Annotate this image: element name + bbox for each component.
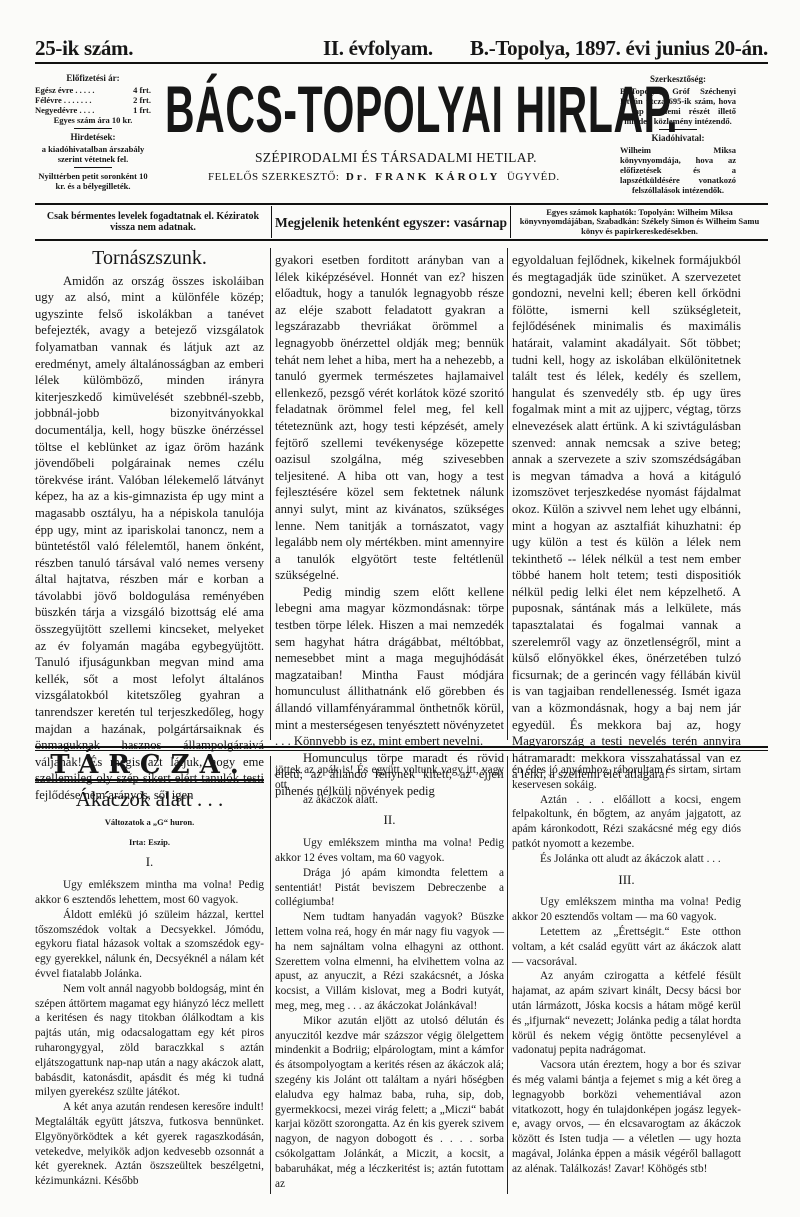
story-paragraph: Ugy emlékszem mintha ma volna! Pedig akk…: [35, 878, 264, 908]
story-paragraph: Az anyám czirogatta a kétfelé fésült haj…: [512, 969, 741, 1058]
divider: [74, 128, 112, 129]
article-paragraph: gyakori esetben forditott arányban van a…: [275, 252, 504, 584]
article-column-3: egyoldaluan fejlődnek, kikelnek formájuk…: [512, 252, 741, 783]
story-paragraph: Ugy emlékszem mintha ma volna! Pedig akk…: [275, 836, 504, 866]
story-paragraph: Drága jó apám kimondta felettem a senten…: [275, 866, 504, 910]
story-author: Irta: Eszip.: [35, 835, 264, 850]
newspaper-subtitle: SZÉPIRODALMI ÉS TÁRSADALMI HETILAP.: [255, 150, 537, 166]
issue-line: 25-ik szám. II. évfolyam. B.-Topolya, 18…: [35, 30, 768, 64]
publisher-text: Wilheim Miksa könyvnyomdája, hova az elő…: [620, 145, 736, 195]
editorial-office-box: Szerkesztőség: B.-Topolya, Gróf Szécheny…: [620, 74, 736, 195]
feuilleton-column-3: én édes jó anyámhoz, ráborultam és sirta…: [512, 763, 741, 1177]
feuilleton-rule: [35, 746, 768, 748]
feuilleton-column-2: jöttek az apák is! És együtt voltunk vag…: [275, 763, 504, 1191]
editorial-text: B.-Topolya, Gróf Széchenyi István utcza …: [620, 86, 736, 126]
story-paragraph: jöttek az apák is! És együtt voltunk vag…: [275, 763, 504, 793]
story-paragraph: Nem volt annál nagyobb boldogság, mint é…: [35, 982, 264, 1100]
column-divider: [507, 248, 508, 740]
nyiltter-text: Nyilttérben petit soronként 10 kr. és a …: [35, 171, 151, 191]
price-row: Egész évre . . . . .4 frt.: [35, 85, 151, 95]
newspaper-title: BÁCS-TOPOLYAI HIRLAP.: [165, 76, 441, 142]
story-paragraph: én édes jó anyámhoz, ráborultam és sirta…: [512, 763, 741, 793]
column-divider: [270, 756, 271, 1194]
story-paragraph: Ugy emlékszem mintha ma volna! Pedig akk…: [512, 895, 741, 925]
single-issue-price: Egyes szám ára 10 kr.: [35, 115, 151, 125]
price-row: Félévre . . . . . . .2 frt.: [35, 95, 151, 105]
story-paragraph: Nem tudtam hanyadán vagyok? Büszke lette…: [275, 910, 504, 1014]
header-rule: [35, 62, 768, 64]
article-paragraph: egyoldaluan fejlődnek, kikelnek formájuk…: [512, 252, 741, 783]
divider: [74, 167, 112, 168]
story-paragraph: És Jolánka ott aludt az ákáczok alatt . …: [512, 852, 741, 867]
story-paragraph: Letettem az „Érettségit.“ Este otthon vo…: [512, 925, 741, 969]
part-numeral: II.: [275, 813, 504, 828]
part-numeral: III.: [512, 873, 741, 888]
sales-points: Egyes számok kaphatók: Topolyán: Wilheim…: [511, 206, 768, 238]
dateline: B.-Topolya, 1897. évi junius 20-án.: [470, 36, 768, 61]
article-column-1: Tornászszunk. Amidőn az ország összes is…: [35, 250, 264, 804]
infobar-rule-bottom: [35, 239, 768, 241]
ads-heading: Hirdetések:: [35, 132, 151, 142]
story-line: az ákáczok alatt.: [275, 793, 504, 808]
story-paragraph: Mikor azután eljött az utolsó délután és…: [275, 1014, 504, 1192]
issue-number: 25-ik szám.: [35, 36, 133, 61]
editorial-heading: Szerkesztőség:: [620, 74, 736, 84]
article-title: Tornászszunk.: [35, 250, 264, 267]
publication-schedule: Megjelenik hetenként egyszer: vasárnap: [271, 206, 511, 238]
info-bar: Csak bérmentes levelek fogadtatnak el. K…: [35, 206, 768, 238]
story-title: Ákáczok alatt . . .: [35, 787, 264, 811]
divider: [659, 129, 697, 130]
feuilleton-column-1: TÁRCZA. Ákáczok alatt . . . Változatok a…: [35, 758, 264, 1189]
article-paragraph: Pedig mindig szem előtt kellene lebegni …: [275, 584, 504, 750]
column-divider: [507, 756, 508, 1194]
volume: II. évfolyam.: [323, 36, 433, 61]
article-paragraph: Amidőn az ország összes iskoláiban ugy a…: [35, 273, 264, 804]
subscription-heading: Előfizetési ár:: [35, 73, 151, 83]
part-numeral: I.: [35, 855, 264, 870]
story-paragraph: A két anya azután rendesen keresőre indu…: [35, 1100, 264, 1189]
column-divider: [270, 248, 271, 740]
price-row: Negyedévre . . . .1 frt.: [35, 105, 151, 115]
letters-notice: Csak bérmentes levelek fogadtatnak el. K…: [35, 206, 271, 238]
section-heading: TÁRCZA.: [35, 758, 264, 773]
editor-line: FELELŐS SZERKESZTŐ: Dr. FRANK KÁROLY ÜGY…: [208, 171, 560, 183]
article-column-2: gyakori esetben forditott arányban van a…: [275, 252, 504, 800]
story-paragraph: Aztán . . . előállott a kocsi, engem fel…: [512, 793, 741, 852]
editor-name: Dr. FRANK KÁROLY: [346, 171, 500, 183]
ads-text: a kiadóhivatalban árszabály szerint véte…: [35, 144, 151, 164]
divider: [35, 782, 264, 783]
story-subtitle: Változatok a „G“ huron.: [35, 815, 264, 830]
story-paragraph: Áldott emlékü jó szüleim házzal, kerttel…: [35, 908, 264, 982]
story-paragraph: Vacsora után éreztem, hogy a bor és sziv…: [512, 1058, 741, 1176]
subscription-box: Előfizetési ár: Egész évre . . . . .4 fr…: [35, 73, 151, 191]
publisher-heading: Kiadóhivatal:: [620, 133, 736, 143]
infobar-rule-top: [35, 203, 768, 205]
